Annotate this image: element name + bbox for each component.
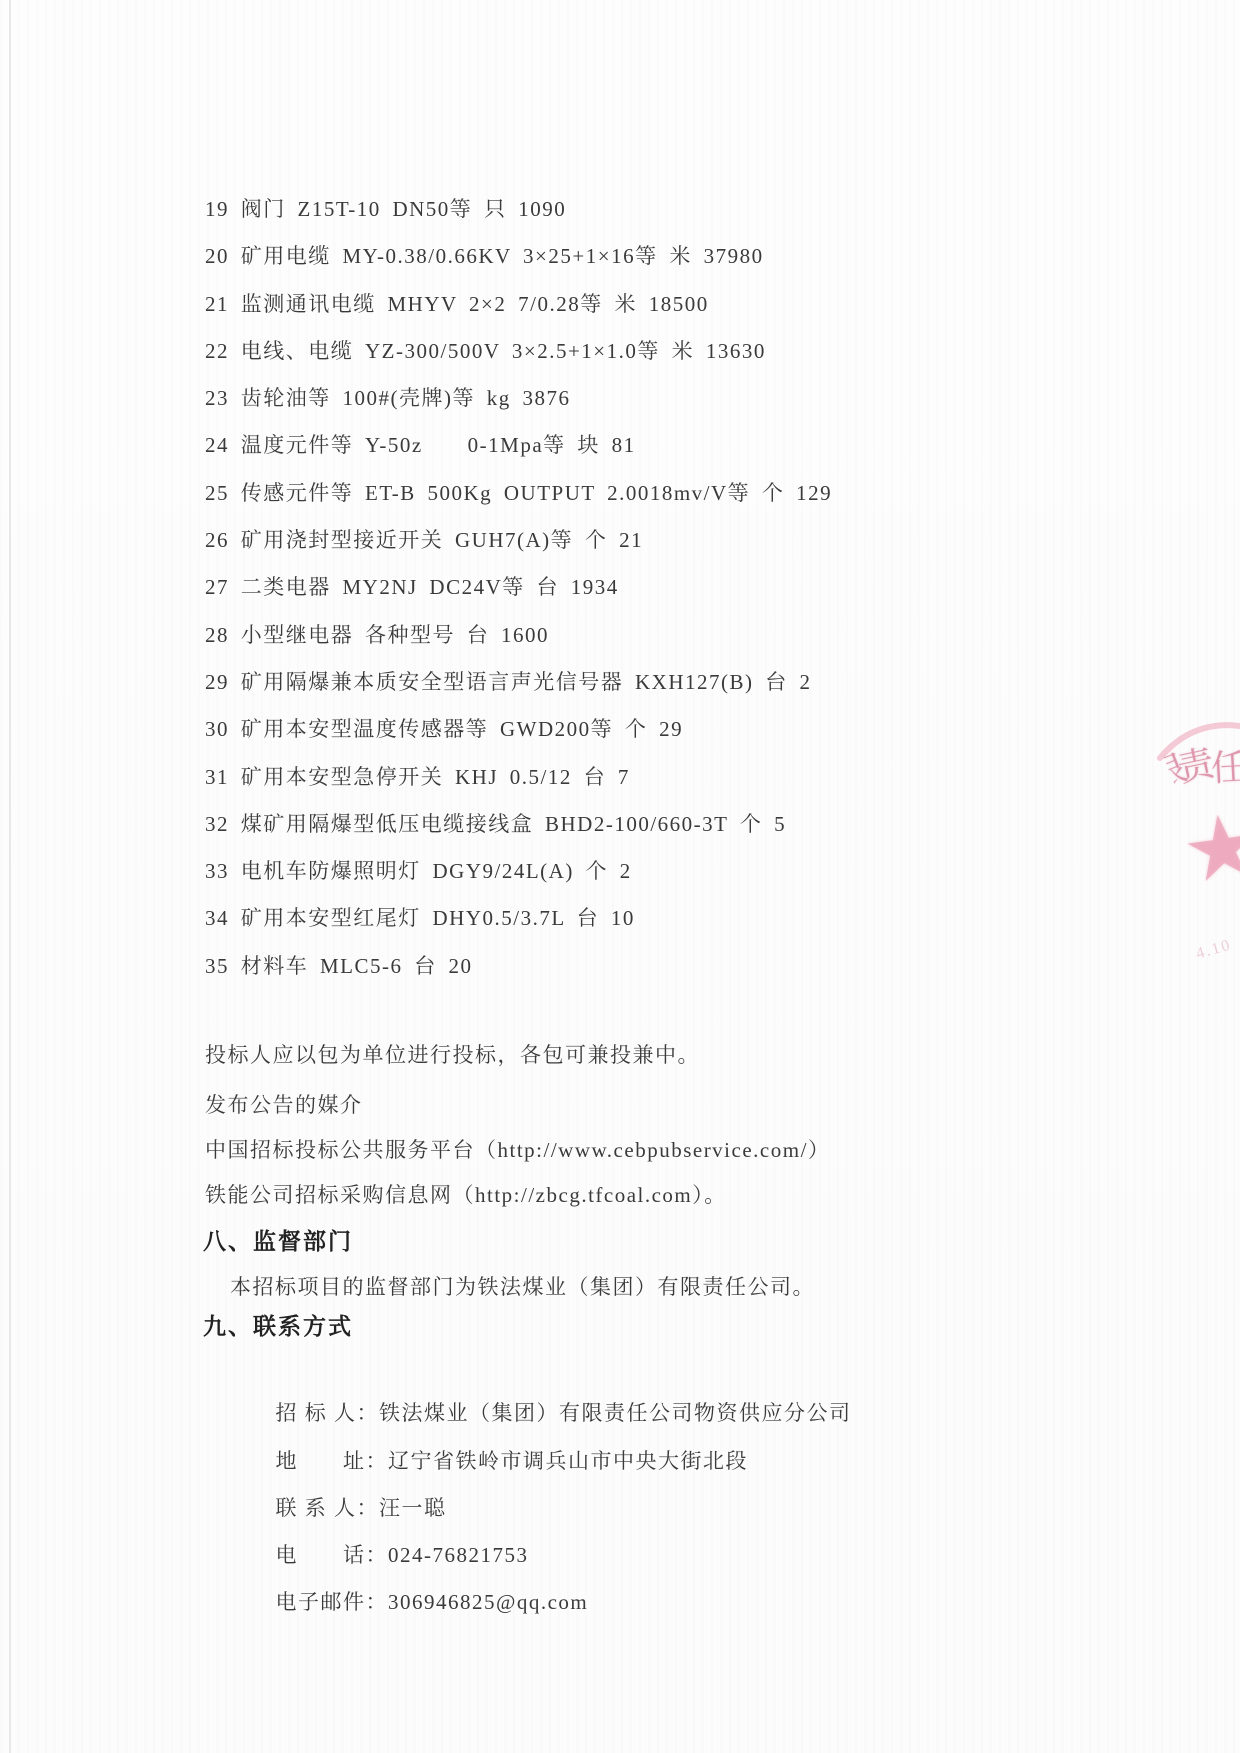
contact-value: 铁法煤业（集团）有限责任公司物资供应分公司 xyxy=(379,1401,852,1425)
contact-label: 电 话： xyxy=(276,1543,389,1567)
bidding-notice: 投标人应以包为单位进行投标，各包可兼投兼中。 xyxy=(205,1045,700,1066)
list-item: 19 阀门 Z15T-10 DN50等 只 1090 xyxy=(205,186,1185,233)
media-platform-cebpubservice: 中国招标投标公共服务平台（http://www.cebpubservice.co… xyxy=(205,1140,830,1161)
list-item: 26 矿用浇封型接近开关 GUH7(A)等 个 21 xyxy=(205,517,1185,564)
contact-value: 024-76821753 xyxy=(388,1543,529,1567)
contact-row-bidder: 招 标 人：铁法煤业（集团）有限责任公司物资供应分公司 xyxy=(235,1343,1135,1390)
list-item: 33 电机车防爆照明灯 DGY9/24L(A) 个 2 xyxy=(205,848,1185,895)
list-item: 20 矿用电缆 MY-0.38/0.66KV 3×25+1×16等 米 3798… xyxy=(205,233,1185,280)
list-item: 24 温度元件等 Y-50z 0-1Mpa等 块 81 xyxy=(205,422,1185,469)
list-item: 32 煤矿用隔爆型低压电缆接线盒 BHD2-100/660-3T 个 5 xyxy=(205,801,1185,848)
list-item: 23 齿轮油等 100#(壳牌)等 kg 3876 xyxy=(205,375,1185,422)
media-heading: 发布公告的媒介 xyxy=(205,1095,363,1116)
list-item: 35 材料车 MLC5-6 台 20 xyxy=(205,943,1185,990)
equipment-item-list: 19 阀门 Z15T-10 DN50等 只 1090 20 矿用电缆 MY-0.… xyxy=(205,186,1185,990)
list-item: 28 小型继电器 各种型号 台 1600 xyxy=(205,612,1185,659)
list-item: 21 监测通讯电缆 MHYV 2×2 7/0.28等 米 18500 xyxy=(205,281,1185,328)
list-item: 31 矿用本安型急停开关 KHJ 0.5/12 台 7 xyxy=(205,754,1185,801)
contact-label: 地 址： xyxy=(276,1449,389,1473)
scanned-document-page: 19 阀门 Z15T-10 DN50等 只 1090 20 矿用电缆 MY-0.… xyxy=(0,0,1240,1753)
scan-edge-artifact xyxy=(9,0,11,1753)
section-title-contact: 九、联系方式 xyxy=(203,1315,353,1338)
media-platform-tfcoal: 铁能公司招标采购信息网（http://zbcg.tfcoal.com）。 xyxy=(205,1185,727,1206)
list-item: 29 矿用隔爆兼本质安全型语言声光信号器 KXH127(B) 台 2 xyxy=(205,659,1185,706)
contact-value: 辽宁省铁岭市调兵山市中央大街北段 xyxy=(388,1449,748,1473)
seal-text-char: 任 xyxy=(1210,749,1240,787)
list-item: 22 电线、电缆 YZ-300/500V 3×2.5+1×1.0等 米 1363… xyxy=(205,328,1185,375)
supervision-body: 本招标项目的监督部门为铁法煤业（集团）有限责任公司。 xyxy=(230,1277,815,1298)
list-item: 34 矿用本安型红尾灯 DHY0.5/3.7L 台 10 xyxy=(205,895,1185,942)
seal-star-icon: ★ xyxy=(1177,801,1240,899)
section-title-supervision: 八、监督部门 xyxy=(203,1230,353,1253)
contact-value: 306946825@qq.com xyxy=(388,1590,588,1614)
contact-value: 汪一聪 xyxy=(379,1496,447,1520)
list-item: 25 传感元件等 ET-B 500Kg OUTPUT 2.0018mv/V等 个… xyxy=(205,470,1185,517)
contact-label: 联 系 人： xyxy=(276,1496,380,1520)
contact-info-block: 招 标 人：铁法煤业（集团）有限责任公司物资供应分公司 地 址：辽宁省铁岭市调兵… xyxy=(235,1343,1135,1579)
contact-label: 电子邮件： xyxy=(276,1590,389,1614)
list-item: 27 二类电器 MY2NJ DC24V等 台 1934 xyxy=(205,564,1185,611)
list-item: 30 矿用本安型温度传感器等 GWD200等 个 29 xyxy=(205,706,1185,753)
contact-label: 招 标 人： xyxy=(276,1401,380,1425)
seal-faint-marks: 4.10 xyxy=(1194,937,1233,962)
